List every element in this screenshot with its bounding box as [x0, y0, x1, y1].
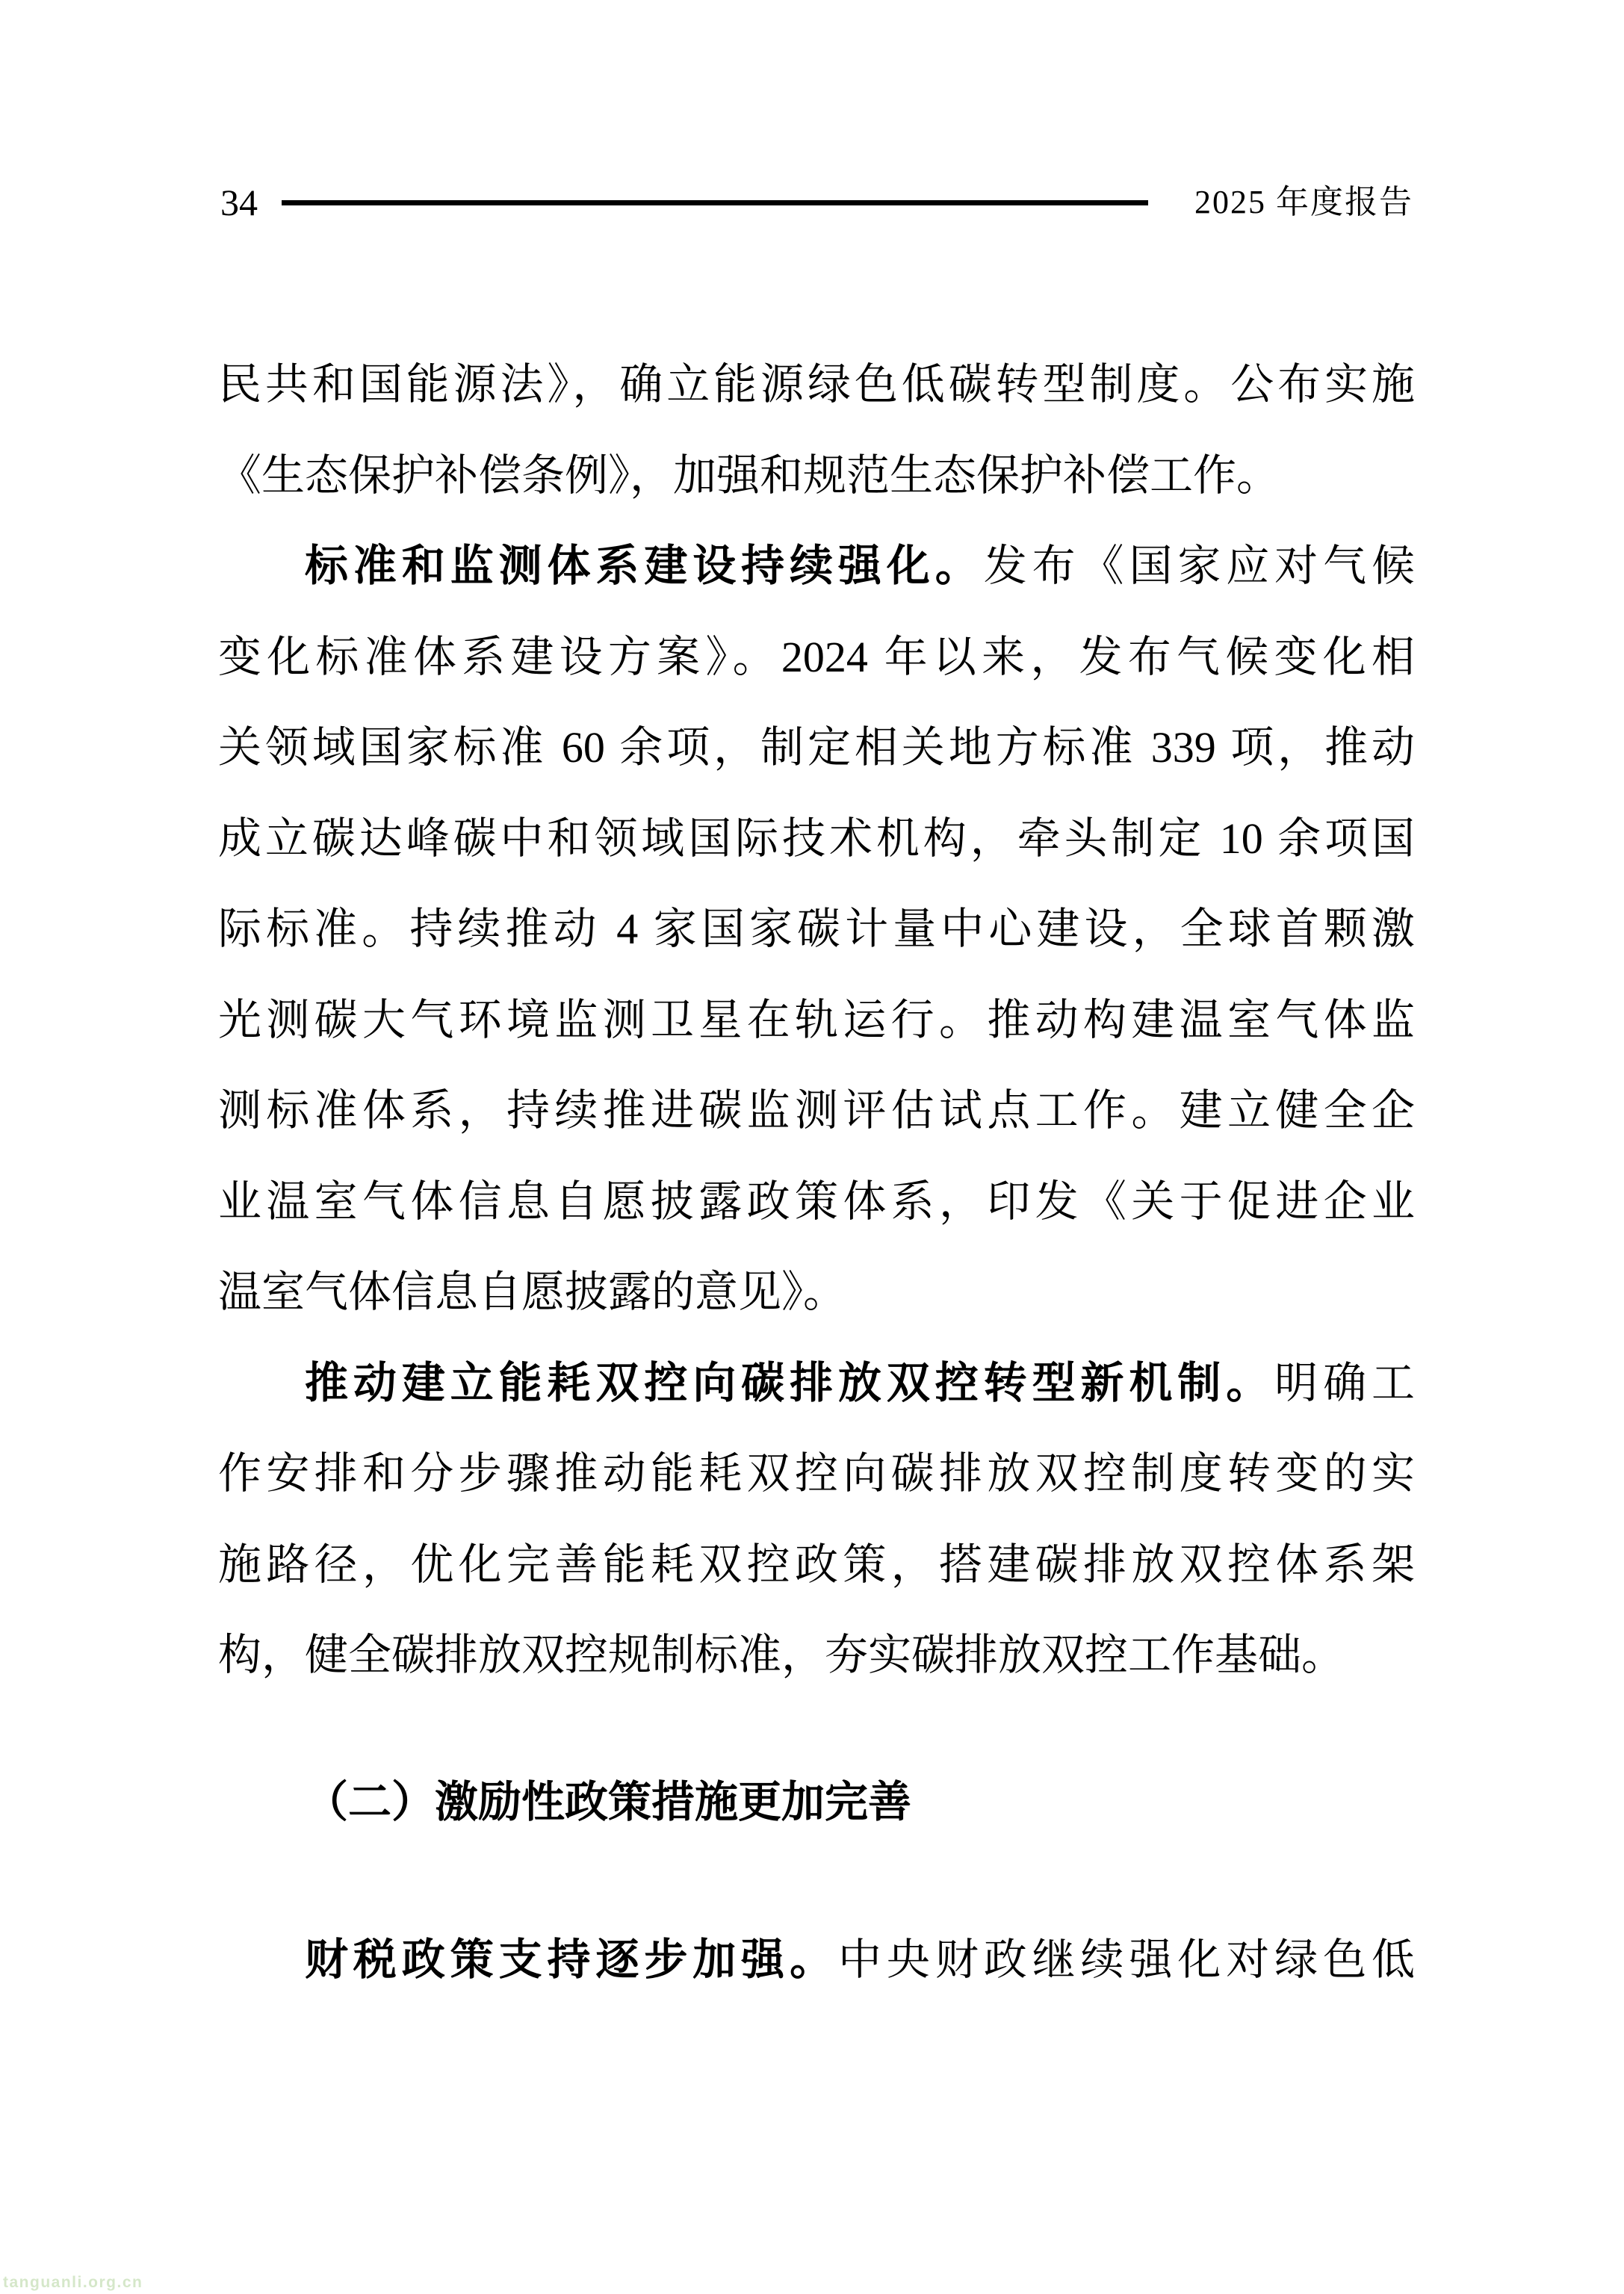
body-line: 测标准体系，持续推进碳监测评估试点工作。建立健全企 — [218, 1065, 1415, 1156]
body-line: 业温室气体信息自愿披露政策体系，印发《关于促进企业 — [218, 1156, 1415, 1247]
body-line: 标准和监测体系建设持续强化。发布《国家应对气候 — [218, 521, 1415, 612]
text-segment: 发布《国家应对气候 — [984, 542, 1415, 590]
text-segment: 关领域国家标准 60 余项，制定相关地方标准 339 项，推动 — [218, 723, 1415, 772]
document-page: 34 2025 年度报告 民共和国能源法》，确立能源绿色低碳转型制度。公布实施《… — [0, 0, 1624, 2294]
text-segment: 际标准。持续推动 4 家国家碳计量中心建设，全球首颗激 — [218, 905, 1415, 953]
text-segment: 构，健全碳排放双控规制标准，夯实碳排放双控工作基础。 — [218, 1631, 1345, 1679]
body-line: 财税政策支持逐步加强。中央财政继续强化对绿色低 — [218, 1915, 1415, 2006]
bold-lead-text: 标准和监测体系建设持续强化。 — [305, 542, 984, 590]
document-body: 民共和国能源法》，确立能源绿色低碳转型制度。公布实施《生态保护补偿条例》，加强和… — [218, 339, 1415, 2006]
text-segment: 温室气体信息自愿披露的意见》。 — [218, 1268, 846, 1316]
body-line: 《生态保护补偿条例》，加强和规范生态保护补偿工作。 — [218, 430, 1415, 521]
text-segment: 施路径，优化完善能耗双控政策，搭建碳排放双控体系架 — [218, 1540, 1415, 1589]
header-rule — [282, 200, 1148, 205]
header-report-title: 2025 年度报告 — [1194, 178, 1413, 227]
body-line: 推动建立能耗双控向碳排放双控转型新机制。明确工 — [218, 1338, 1415, 1429]
body-line: 光测碳大气环境监测卫星在轨运行。推动构建温室气体监 — [218, 975, 1415, 1066]
body-line: 民共和国能源法》，确立能源绿色低碳转型制度。公布实施 — [218, 339, 1415, 430]
page-number: 34 — [220, 178, 258, 227]
text-segment: 变化标准体系建设方案》。2024 年以来，发布气候变化相 — [218, 633, 1415, 681]
text-segment: 明确工 — [1274, 1359, 1415, 1407]
text-segment: 民共和国能源法》，确立能源绿色低碳转型制度。公布实施 — [218, 360, 1415, 409]
bold-lead-text: （二）激励性政策措施更加完善 — [305, 1778, 911, 1826]
text-segment: 光测碳大气环境监测卫星在轨运行。推动构建温室气体监 — [218, 996, 1415, 1044]
text-segment: 作安排和分步骤推动能耗双控向碳排放双控制度转变的实 — [218, 1449, 1415, 1498]
body-line: 构，健全碳排放双控规制标准，夯实碳排放双控工作基础。 — [218, 1610, 1415, 1701]
body-line: 施路径，优化完善能耗双控政策，搭建碳排放双控体系架 — [218, 1519, 1415, 1611]
text-segment: 成立碳达峰碳中和领域国际技术机构，牵头制定 10 余项国 — [218, 814, 1415, 863]
text-segment: 测标准体系，持续推进碳监测评估试点工作。建立健全企 — [218, 1086, 1415, 1135]
bold-lead-text: 财税政策支持逐步加强。 — [305, 1935, 838, 1984]
bold-lead-text: 推动建立能耗双控向碳排放双控转型新机制。 — [305, 1359, 1274, 1407]
page-header: 34 2025 年度报告 — [0, 178, 1624, 227]
body-line: 变化标准体系建设方案》。2024 年以来，发布气候变化相 — [218, 612, 1415, 703]
body-line: 际标准。持续推动 4 家国家碳计量中心建设，全球首颗激 — [218, 884, 1415, 975]
text-segment: 业温室气体信息自愿披露政策体系，印发《关于促进企业 — [218, 1177, 1415, 1226]
body-line: 温室气体信息自愿披露的意见》。 — [218, 1247, 1415, 1338]
body-line: 作安排和分步骤推动能耗双控向碳排放双控制度转变的实 — [218, 1428, 1415, 1519]
text-segment: 中央财政继续强化对绿色低 — [838, 1935, 1415, 1984]
text-segment: 《生态保护补偿条例》，加强和规范生态保护补偿工作。 — [218, 451, 1280, 500]
body-line: 关领域国家标准 60 余项，制定相关地方标准 339 项，推动 — [218, 702, 1415, 793]
watermark: tanguanli.org.cn — [3, 2274, 143, 2292]
section-heading: （二）激励性政策措施更加完善 — [218, 1757, 1415, 1848]
body-line: 成立碳达峰碳中和领域国际技术机构，牵头制定 10 余项国 — [218, 793, 1415, 884]
